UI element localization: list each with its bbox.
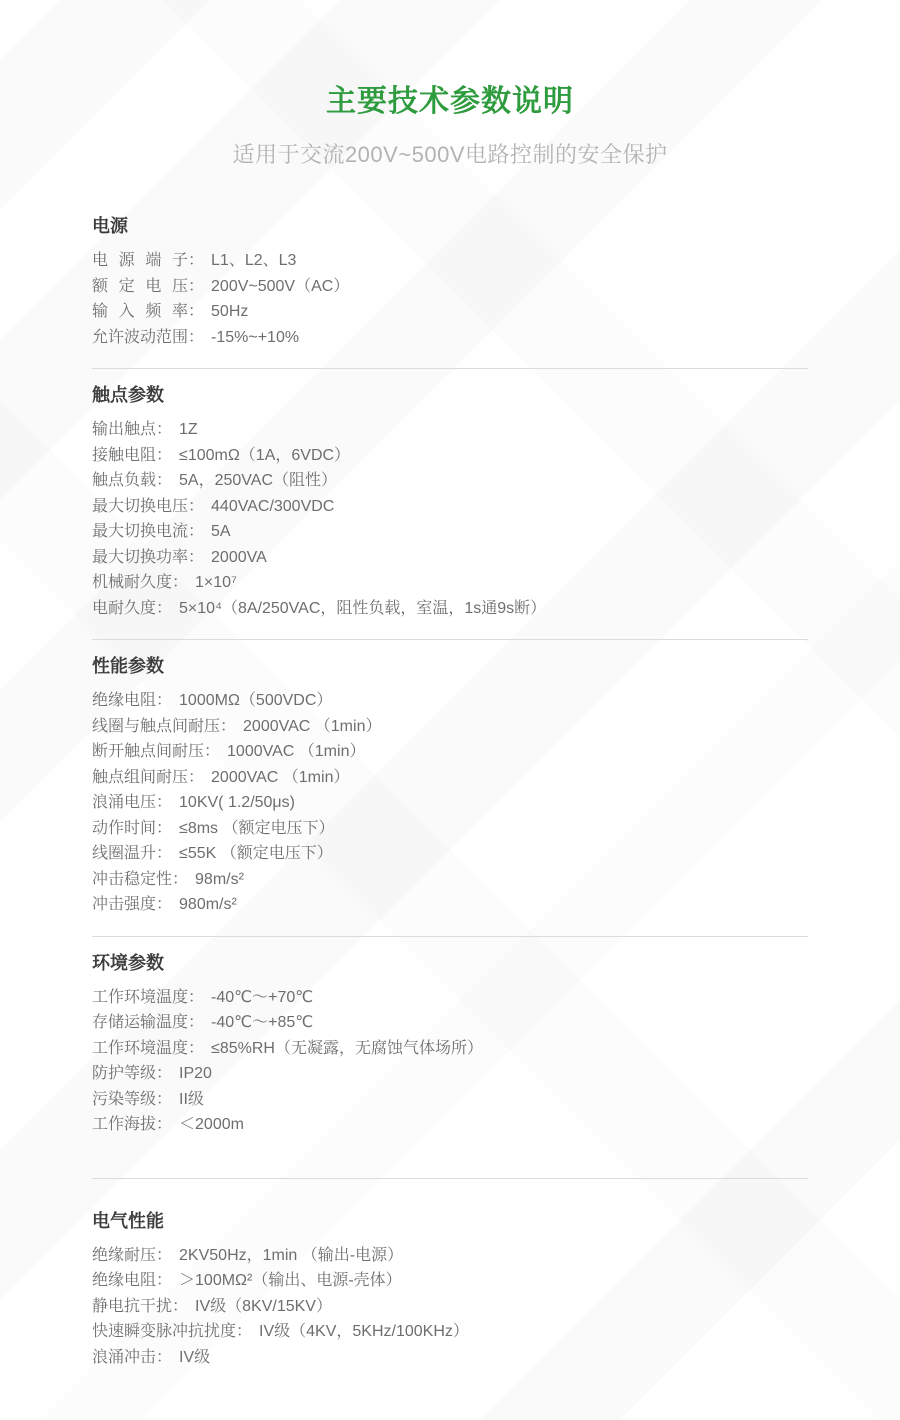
spec-label: 浪涌冲击 (92, 1349, 156, 1366)
spec-label: 存储运输温度 (92, 1014, 188, 1031)
spec-value: 200V~500V（AC） (211, 278, 349, 295)
spec-row: 浪涌冲击：IV级 (92, 1345, 808, 1371)
section-power: 电源 电源端子：L1、L2、L3 额定电压：200V~500V（AC） 输入频率… (92, 214, 808, 350)
spec-colon: ： (188, 549, 204, 566)
spec-row: 绝缘耐压：2KV50Hz，1min （输出-电源） (92, 1243, 808, 1269)
spec-colon: ： (188, 278, 204, 295)
section-environment: 环境参数 工作环境温度：-40℃～+70℃ 存储运输温度：-40℃～+85℃ 工… (92, 951, 808, 1138)
spec-row: 线圈温升：≤55K （额定电压下） (92, 841, 808, 867)
spec-label: 线圈与触点间耐压 (92, 718, 220, 735)
spec-label: 额定电压 (92, 274, 188, 300)
spec-label: 浪涌电压 (92, 794, 156, 811)
spec-label: 输入频率 (92, 299, 188, 325)
spec-row: 浪涌电压：10KV( 1.2/50μs) (92, 790, 808, 816)
spec-row: 断开触点间耐压：1000VAC （1min） (92, 739, 808, 765)
spec-row: 输出触点：1Z (92, 417, 808, 443)
spec-label: 最大切换电压 (92, 498, 188, 515)
spec-colon: ： (156, 794, 172, 811)
section-performance: 性能参数 绝缘电阻：1000MΩ（500VDC） 线圈与触点间耐压：2000VA… (92, 654, 808, 918)
spec-value: IV级 (179, 1349, 210, 1366)
spec-label: 输出触点 (92, 421, 156, 438)
section-title: 电源 (92, 214, 808, 238)
spec-label: 电耐久度 (92, 600, 156, 617)
spec-value: -40℃～+85℃ (211, 1014, 313, 1031)
spec-row: 动作时间：≤8ms （额定电压下） (92, 816, 808, 842)
spec-colon: ： (188, 989, 204, 1006)
page-title: 主要技术参数说明 (0, 85, 900, 118)
spec-value: 980m/s² (179, 896, 237, 913)
spec-row: 最大切换功率：2000VA (92, 545, 808, 571)
spec-label: 最大切换功率 (92, 549, 188, 566)
spec-value: 2KV50Hz，1min （输出-电源） (179, 1247, 403, 1264)
spec-row: 输入频率：50Hz (92, 299, 808, 325)
spec-row: 线圈与触点间耐压：2000VAC （1min） (92, 714, 808, 740)
spec-row: 工作环境温度：-40℃～+70℃ (92, 985, 808, 1011)
page-subtitle: 适用于交流200V~500V电路控制的安全保护 (0, 142, 900, 168)
spec-colon: ： (156, 1116, 172, 1133)
section-divider (92, 936, 808, 937)
spec-label: 允许波动范围 (92, 325, 188, 351)
spec-row: 冲击稳定性：98m/s² (92, 867, 808, 893)
spec-colon: ： (188, 1014, 204, 1031)
spec-colon: ： (172, 1298, 188, 1315)
spec-colon: ： (172, 574, 188, 591)
spec-label: 机械耐久度 (92, 574, 172, 591)
spec-colon: ： (156, 421, 172, 438)
spec-value: ≤8ms （额定电压下） (179, 820, 334, 837)
spec-row: 静电抗干扰：IV级（8KV/15KV） (92, 1294, 808, 1320)
spec-colon: ： (188, 252, 204, 269)
spec-value: 10KV( 1.2/50μs) (179, 794, 295, 811)
spec-row: 最大切换电压：440VAC/300VDC (92, 494, 808, 520)
spec-label: 绝缘电阻 (92, 1272, 156, 1289)
section-contact: 触点参数 输出触点：1Z 接触电阻：≤100mΩ（1A，6VDC） 触点负载：5… (92, 383, 808, 621)
spec-label: 电源端子 (92, 248, 188, 274)
spec-value: IV级（4KV，5KHz/100KHz） (259, 1323, 469, 1340)
spec-row: 电源端子：L1、L2、L3 (92, 248, 808, 274)
spec-colon: ： (156, 896, 172, 913)
spec-row: 电耐久度：5×10⁴（8A/250VAC，阻性负载，室温，1s通9s断） (92, 596, 808, 622)
spec-colon: ： (156, 600, 172, 617)
spec-label: 快速瞬变脉冲抗扰度 (92, 1323, 236, 1340)
spec-label: 绝缘电阻 (92, 692, 156, 709)
spec-colon: ： (188, 523, 204, 540)
spec-label: 工作海拔 (92, 1116, 156, 1133)
spec-colon: ： (156, 1065, 172, 1082)
spec-colon: ： (156, 1091, 172, 1108)
spec-value: ＞100MΩ²（输出、电源-壳体） (179, 1272, 402, 1289)
spec-colon: ： (156, 845, 172, 862)
spec-row: 绝缘电阻：＞100MΩ²（输出、电源-壳体） (92, 1268, 808, 1294)
spec-label: 触点负载 (92, 472, 156, 489)
section-title: 环境参数 (92, 951, 808, 975)
spec-colon: ： (156, 1349, 172, 1366)
spec-row: 绝缘电阻：1000MΩ（500VDC） (92, 688, 808, 714)
spec-row: 接触电阻：≤100mΩ（1A，6VDC） (92, 443, 808, 469)
spec-value: -40℃～+70℃ (211, 989, 313, 1006)
spec-colon: ： (156, 1272, 172, 1289)
spec-value: ≤85%RH（无凝露，无腐蚀气体场所） (211, 1040, 483, 1057)
spec-colon: ： (236, 1323, 252, 1340)
spec-colon: ： (156, 1247, 172, 1264)
spec-label: 防护等级 (92, 1065, 156, 1082)
spec-value: ≤100mΩ（1A，6VDC） (179, 447, 350, 464)
spec-row: 额定电压：200V~500V（AC） (92, 274, 808, 300)
spec-row: 机械耐久度：1×10⁷ (92, 570, 808, 596)
spec-value: 98m/s² (195, 871, 244, 888)
spec-row: 快速瞬变脉冲抗扰度：IV级（4KV，5KHz/100KHz） (92, 1319, 808, 1345)
spec-value: L1、L2、L3 (211, 252, 296, 269)
spec-label: 触点组间耐压 (92, 769, 188, 786)
spec-row: 防护等级：IP20 (92, 1061, 808, 1087)
spec-label: 绝缘耐压 (92, 1247, 156, 1264)
spec-colon: ： (188, 498, 204, 515)
section-divider (92, 368, 808, 369)
section-title: 触点参数 (92, 383, 808, 407)
spec-row: 允许波动范围：-15%~+10% (92, 325, 808, 351)
spec-value: ≤55K （额定电压下） (179, 845, 333, 862)
section-electrical: 电气性能 绝缘耐压：2KV50Hz，1min （输出-电源） 绝缘电阻：＞100… (92, 1209, 808, 1371)
spec-value: 440VAC/300VDC (211, 498, 334, 515)
spec-colon: ： (188, 303, 204, 320)
spec-value: IV级（8KV/15KV） (195, 1298, 332, 1315)
spec-colon: ： (156, 820, 172, 837)
spec-colon: ： (204, 743, 220, 760)
section-divider (92, 639, 808, 640)
spec-label: 工作环境温度 (92, 989, 188, 1006)
spec-row: 最大切换电流：5A (92, 519, 808, 545)
spec-value: 1000VAC （1min） (227, 743, 365, 760)
spec-value: 50Hz (211, 303, 248, 320)
section-divider (92, 1178, 808, 1179)
spec-label: 线圈温升 (92, 845, 156, 862)
spec-colon: ： (188, 769, 204, 786)
section-title: 电气性能 (92, 1209, 808, 1233)
spec-row: 污染等级：II级 (92, 1087, 808, 1113)
spec-value: 5×10⁴（8A/250VAC，阻性负载，室温，1s通9s断） (179, 600, 546, 617)
spec-row: 触点组间耐压：2000VAC （1min） (92, 765, 808, 791)
spec-content: 电源 电源端子：L1、L2、L3 额定电压：200V~500V（AC） 输入频率… (92, 214, 808, 1370)
spec-value: 1×10⁷ (195, 574, 237, 591)
spec-value: 1000MΩ（500VDC） (179, 692, 332, 709)
spec-value: 2000VAC （1min） (243, 718, 381, 735)
spec-label: 冲击稳定性 (92, 871, 172, 888)
spec-page: 主要技术参数说明 适用于交流200V~500V电路控制的安全保护 电源 电源端子… (0, 85, 900, 1370)
spec-colon: ： (188, 1040, 204, 1057)
spec-colon: ： (156, 447, 172, 464)
section-title: 性能参数 (92, 654, 808, 678)
spec-label: 动作时间 (92, 820, 156, 837)
spec-colon: ： (220, 718, 236, 735)
spec-value: 2000VAC （1min） (211, 769, 349, 786)
spec-colon: ： (156, 472, 172, 489)
spec-label: 静电抗干扰 (92, 1298, 172, 1315)
spec-value: II级 (179, 1091, 204, 1108)
spec-label: 工作环境温度 (92, 1040, 188, 1057)
spec-value: ＜2000m (179, 1116, 244, 1133)
spec-row: 冲击强度：980m/s² (92, 892, 808, 918)
spec-colon: ： (156, 692, 172, 709)
spec-label: 冲击强度 (92, 896, 156, 913)
spec-colon: ： (172, 871, 188, 888)
spec-value: 1Z (179, 421, 198, 438)
spec-row: 工作海拔：＜2000m (92, 1112, 808, 1138)
spec-value: IP20 (179, 1065, 212, 1082)
spec-row: 存储运输温度：-40℃～+85℃ (92, 1010, 808, 1036)
spec-value: -15%~+10% (211, 329, 299, 346)
spec-label: 断开触点间耐压 (92, 743, 204, 760)
spec-label: 污染等级 (92, 1091, 156, 1108)
spec-row: 工作环境温度：≤85%RH（无凝露，无腐蚀气体场所） (92, 1036, 808, 1062)
spec-row: 触点负载：5A，250VAC（阻性） (92, 468, 808, 494)
spec-value: 5A，250VAC（阻性） (179, 472, 337, 489)
spec-value: 2000VA (211, 549, 267, 566)
spec-colon: ： (188, 329, 204, 346)
spec-value: 5A (211, 523, 231, 540)
spec-label: 接触电阻 (92, 447, 156, 464)
spec-label: 最大切换电流 (92, 523, 188, 540)
